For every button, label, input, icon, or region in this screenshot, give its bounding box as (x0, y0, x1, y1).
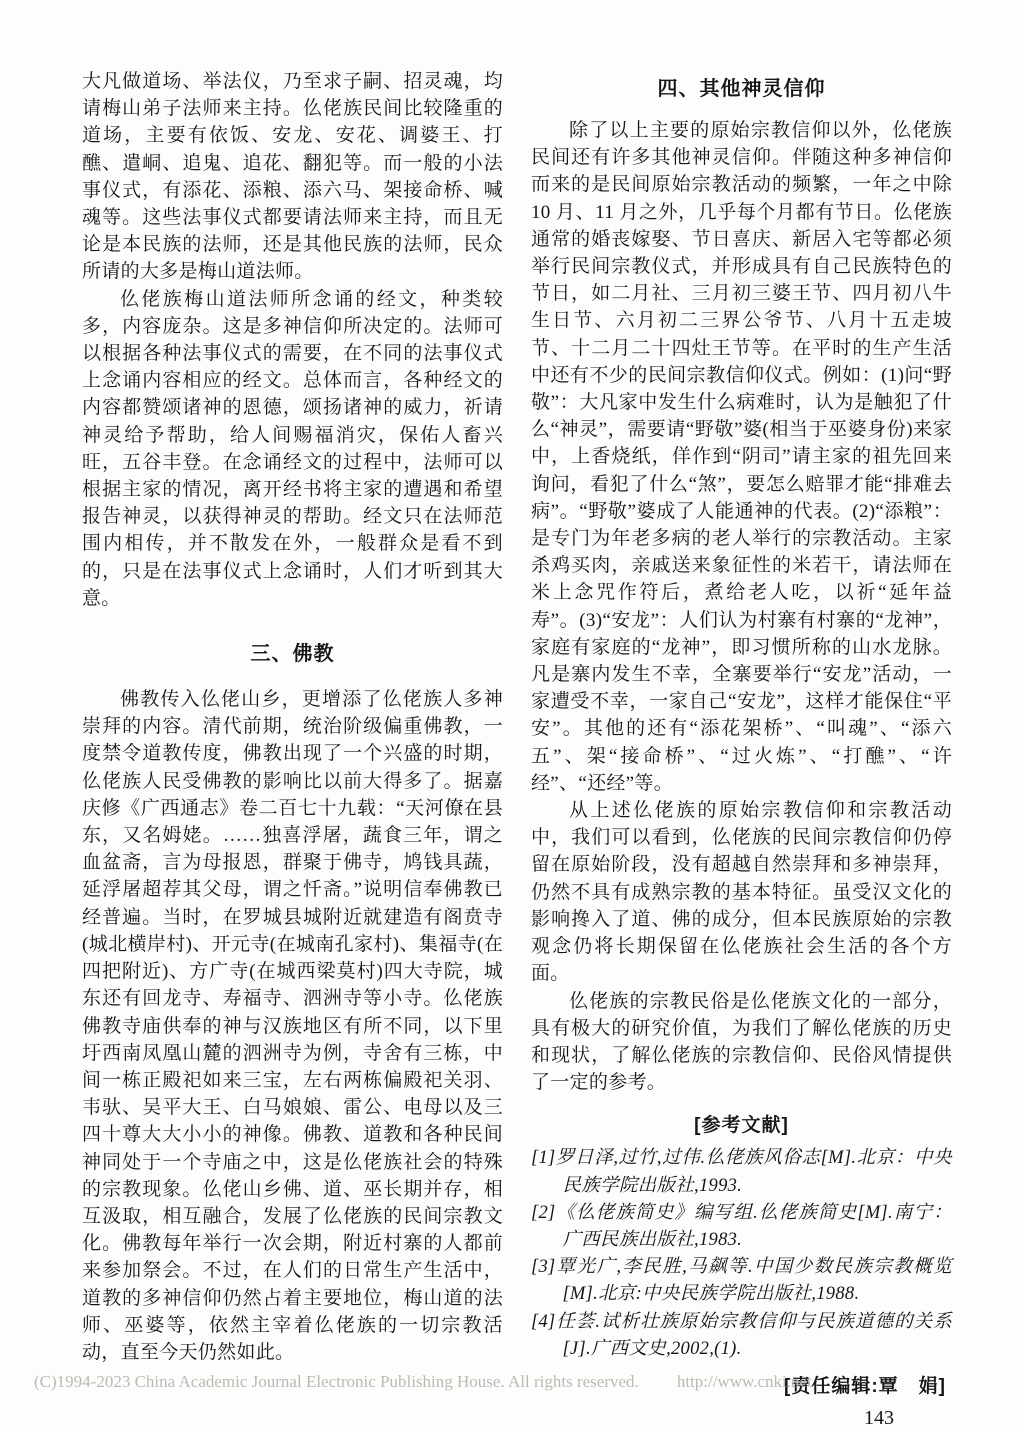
paragraph-research-value: 仫佬族的宗教民俗是仫佬族文化的一部分，具有极大的研究价值，为我们了解仫佬族的历史… (531, 988, 952, 1097)
left-column: 大凡做道场、举法仪，乃至求子嗣、招灵魂，均请梅山弟子法师来主持。仫佬族民间比较隆… (82, 68, 503, 1430)
reference-item-4: [4]任荟.试析壮族原始宗教信仰与民族道德的关系[J].广西文史,2002,(1… (531, 1309, 952, 1363)
footer-copyright: (C)1994-2023 China Academic Journal Elec… (34, 1372, 639, 1391)
references-list: [1]罗日泽,过竹,过伟.仫佬族风俗志[M].北京：中央民族学院出版社,1993… (531, 1145, 952, 1363)
paragraph-scriptures: 仫佬族梅山道法师所念诵的经文，种类较多，内容庞杂。这是多神信仰所决定的。法师可以… (82, 286, 503, 612)
reference-item-2: [2]《仫佬族简史》编写组.仫佬族简史[M].南宁：广西民族出版社,1983. (531, 1200, 952, 1254)
right-column: 四、其他神灵信仰 除了以上主要的原始宗教信仰以外，仫佬族民间还有许多其他神灵信仰… (531, 68, 952, 1430)
paragraph-buddhism: 佛教传入仫佬山乡，更增添了仫佬族人多神崇拜的内容。清代前期，统治阶级偏重佛教，一… (82, 686, 503, 1366)
section-heading-other-deities: 四、其他神灵信仰 (531, 72, 952, 101)
paragraph-other-beliefs: 除了以上主要的原始宗教信仰以外，仫佬族民间还有许多其他神灵信仰。伴随这种多神信仰… (531, 117, 952, 797)
footer-url: http://www.cnki.net (677, 1372, 812, 1391)
page-number: 143 (531, 1407, 952, 1430)
reference-item-3: [3]覃光广,李民胜,马飙等.中国少数民族宗教概览[M].北京:中央民族学院出版… (531, 1254, 952, 1308)
reference-item-1: [1]罗日泽,过竹,过伟.仫佬族风俗志[M].北京：中央民族学院出版社,1993… (531, 1145, 952, 1199)
footer-watermark: (C)1994-2023 China Academic Journal Elec… (34, 1372, 994, 1392)
section-heading-buddhism: 三、佛教 (82, 637, 503, 666)
page-content: 大凡做道场、举法仪，乃至求子嗣、招灵魂，均请梅山弟子法师来主持。仫佬族民间比较隆… (82, 68, 952, 1430)
paragraph-summary: 从上述仫佬族的原始宗教信仰和宗教活动中，我们可以看到，仫佬族的民间宗教信仰仍停留… (531, 797, 952, 987)
paragraph-daoist-rites: 大凡做道场、举法仪，乃至求子嗣、招灵魂，均请梅山弟子法师来主持。仫佬族民间比较隆… (82, 68, 503, 286)
references-heading: [参考文献] (531, 1110, 952, 1137)
